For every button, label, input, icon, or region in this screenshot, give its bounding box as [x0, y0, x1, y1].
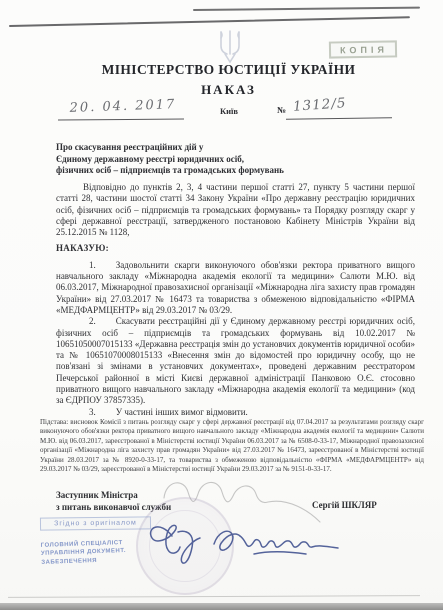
item-text: Скасувати реєстраційні дії у Єдиному дер… — [56, 316, 415, 405]
item-text: У частині інших вимог відмовити. — [116, 407, 248, 417]
item-number: 2. — [89, 316, 96, 326]
preamble-paragraph: Відповідно до пунктів 2, 3, 4 частини пе… — [56, 182, 415, 238]
number-underline — [286, 117, 392, 120]
order-item-3: 3.У частині інших вимог відмовити. — [56, 407, 415, 418]
signatory-position-line: Заступник Міністра — [56, 489, 171, 501]
certifier-title-stamp: ГОЛОВНИЙ СПЕЦІАЛІСТ УПРАВЛІННЯ ДОКУМЕНТ.… — [41, 538, 152, 567]
scan-artifact-line-bottom — [8, 595, 420, 598]
number-sign-label: № — [277, 105, 286, 115]
subject-block: Про скасування реєстраційних дій у Єдино… — [56, 142, 415, 177]
ink-signature — [142, 514, 357, 568]
ukraine-trident-emblem — [216, 30, 244, 64]
item-text: Задовольнити скарги виконуючого обов'язк… — [56, 260, 415, 315]
item-number: 3. — [89, 407, 96, 417]
scan-edge-band — [0, 603, 443, 610]
handwritten-number: 1312/5 — [293, 95, 347, 115]
city-label: Київ — [220, 106, 238, 116]
scan-artifact-line-top2 — [9, 16, 410, 27]
document-type-title: НАКАЗ — [14, 82, 443, 98]
order-item-2: 2.Скасувати реєстраційні дії у Єдиному д… — [56, 316, 415, 406]
order-heading: НАКАЗУЮ: — [56, 243, 415, 254]
certified-copy-stamp: Згідно з оригіналом — [40, 516, 151, 530]
subject-line: Про скасування реєстраційних дій у — [56, 142, 415, 154]
order-item-1: 1.Задовольнити скарги виконуючого обов'я… — [56, 260, 415, 316]
copy-stamp: КОПІЯ — [329, 40, 397, 58]
scan-artifact-line-top — [193, 7, 420, 11]
subject-line: Єдиному державному реєстрі юридичних осі… — [56, 154, 415, 166]
scanned-order-document: КОПІЯ МІНІСТЕРСТВО ЮСТИЦІЇ УКРАЇНИ НАКАЗ… — [0, 0, 443, 610]
ministry-name: МІНІСТЕРСТВО ЮСТИЦІЇ УКРАЇНИ — [14, 62, 443, 78]
item-number: 1. — [89, 260, 96, 270]
handwritten-date: 20. 04. 2017 — [62, 97, 184, 116]
document-body: Про скасування реєстраційних дій у Єдино… — [56, 142, 415, 418]
basis-note: Підстава: висновок Комісії з питань розг… — [40, 418, 424, 474]
subject-line: фізичних осіб – підприємців та громадськ… — [56, 165, 415, 177]
date-underline — [58, 119, 184, 121]
